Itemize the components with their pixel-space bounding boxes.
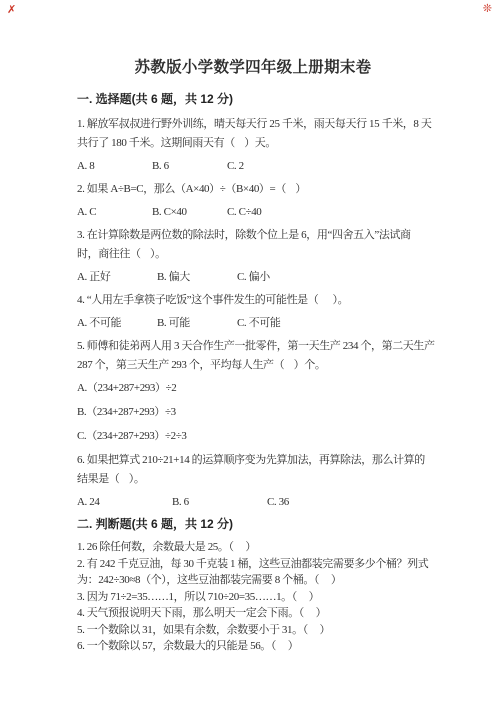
option-c: C. 2 <box>227 157 244 176</box>
option-c: C. 不可能 <box>237 314 280 333</box>
option-a: A. 24 <box>77 493 172 512</box>
option-c: C. 36 <box>267 493 289 512</box>
choice-question-3-text: 3. 在计算除数是两位数的除法时，除数个位上是 6，用“四舍五入”法试商 时，商… <box>77 226 429 264</box>
judge-question-list: 1. 26 除任何数，余数最大是 25。（ ） 2. 有 242 千克豆油，每 … <box>77 539 429 655</box>
choice-question-4-text: 4. “人用左手拿筷子吃饭”这个事件发生的可能性是（ ）。 <box>77 291 429 310</box>
judge-item-6: 6. 一个数除以 57，余数最大的只能是 56。（ ） <box>77 638 429 655</box>
choice-question-3-options: A. 正好 B. 偏大 C. 偏小 <box>77 268 429 287</box>
option-b: B. C×40 <box>152 203 227 222</box>
option-b: B.（234+287+293）÷3 <box>77 403 429 422</box>
option-b: B. 偏大 <box>157 268 237 287</box>
choice-question-2-options: A. C B. C×40 C. C÷40 <box>77 203 429 222</box>
option-a: A.（234+287+293）÷2 <box>77 379 429 398</box>
section2-heading: 二. 判断题(共 6 题，共 12 分) <box>77 516 429 532</box>
section1-heading: 一. 选择题(共 6 题，共 12 分) <box>77 91 429 107</box>
exam-title: 苏教版小学数学四年级上册期末卷 <box>77 58 429 78</box>
choice-question-2-text: 2. 如果 A÷B=C，那么（A×40）÷（B×40）=（ ） <box>77 180 429 199</box>
option-a: A. 8 <box>77 157 152 176</box>
option-b: B. 6 <box>152 157 227 176</box>
choice-question-1-text: 1. 解放军叔叔进行野外训练，晴天每天行 25 千米，雨天每天行 15 千米，8… <box>77 115 429 153</box>
judge-item-4: 4. 天气预报说明天下雨，那么明天一定会下雨。（ ） <box>77 605 429 622</box>
judge-item-1: 1. 26 除任何数，余数最大是 25。（ ） <box>77 539 429 556</box>
option-a: A. 正好 <box>77 268 157 287</box>
judge-item-2: 2. 有 242 千克豆油，每 30 千克装 1 桶，这些豆油都装完需要多少个桶… <box>77 556 429 589</box>
judge-item-3: 3. 因为 71÷2=35……1，所以 710÷20=35……1。（ ） <box>77 589 429 606</box>
option-b: B. 可能 <box>157 314 237 333</box>
option-b: B. 6 <box>172 493 267 512</box>
judge-item-5: 5. 一个数除以 31，如果有余数，余数要小于 31。（ ） <box>77 622 429 639</box>
red-stamp-left-icon: ✗ <box>7 4 16 15</box>
choice-question-4-options: A. 不可能 B. 可能 C. 不可能 <box>77 314 429 333</box>
option-c: C. 偏小 <box>237 268 270 287</box>
exam-paper-page: ✗ ❊ 苏教版小学数学四年级上册期末卷 一. 选择题(共 6 题，共 12 分)… <box>0 0 500 707</box>
red-stamp-right-icon: ❊ <box>483 3 492 14</box>
option-a: A. 不可能 <box>77 314 157 333</box>
choice-question-5-text: 5. 师傅和徒弟两人用 3 天合作生产一批零件，第一天生产 234 个，第二天生… <box>77 337 429 375</box>
option-c: C.（234+287+293）÷2÷3 <box>77 427 429 446</box>
choice-question-6-options: A. 24 B. 6 C. 36 <box>77 493 429 512</box>
option-a: A. C <box>77 203 152 222</box>
option-c: C. C÷40 <box>227 203 261 222</box>
choice-question-1-options: A. 8 B. 6 C. 2 <box>77 157 429 176</box>
paper-content: 苏教版小学数学四年级上册期末卷 一. 选择题(共 6 题，共 12 分) 1. … <box>77 58 429 655</box>
choice-question-6-text: 6. 如果把算式 210÷21+14 的运算顺序变为先算加法，再算除法，那么计算… <box>77 451 429 489</box>
